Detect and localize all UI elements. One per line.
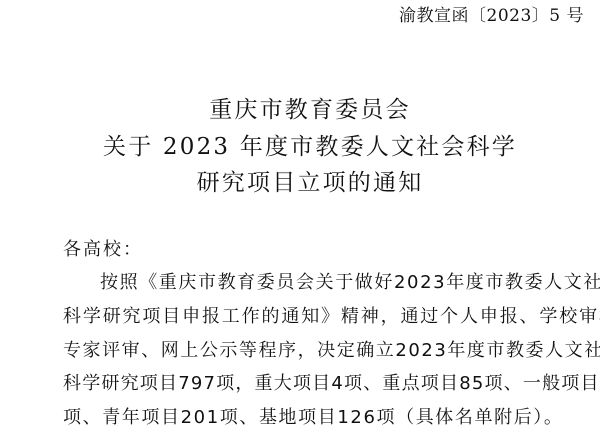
body-line: 项、青年项目201项、基地项目126项（具体名单附后）。	[63, 401, 563, 432]
body-paragraph: 按照《重庆市教育委员会关于做好2023年度市教委人文社会 科学研究项目申报工作的…	[63, 266, 563, 432]
body-line: 科学研究项目申报工作的通知》精神，通过个人申报、学校审核、	[63, 300, 563, 334]
body-line: 科学研究项目797项，重大项目4项、重点项目85项、一般项目381	[63, 367, 563, 401]
document-number: 渝教宣函〔2023〕5 号	[399, 4, 584, 28]
body-line: 专家评审、网上公示等程序，决定确立2023年度市教委人文社会	[63, 334, 563, 368]
title-line-notice: 研究项目立项的通知	[0, 165, 600, 202]
body-line: 按照《重庆市教育委员会关于做好2023年度市教委人文社会	[63, 266, 563, 300]
title-line-issuer: 重庆市教育委员会	[0, 92, 600, 129]
salutation: 各高校：	[63, 236, 143, 264]
document-title: 重庆市教育委员会 关于 2023 年度市教委人文社会科学 研究项目立项的通知	[0, 92, 600, 202]
title-line-subject: 关于 2023 年度市教委人文社会科学	[0, 129, 600, 166]
